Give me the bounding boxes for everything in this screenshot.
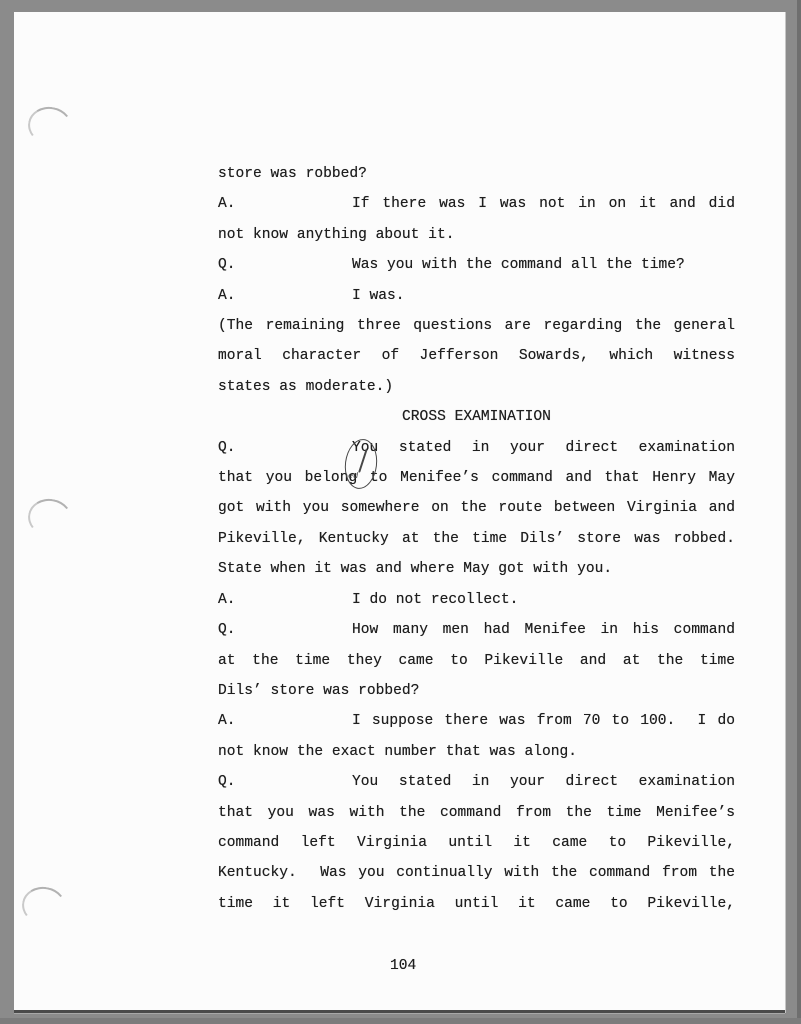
transcript-line: that you was with the command from the t… [218,798,735,828]
line-text: time it left Virginia until it came to P… [218,889,735,919]
transcript-line: states as moderate.) [218,372,735,402]
line-text: at the time they came to Pikeville and a… [218,646,735,676]
text-column: store was robbed?A.If there was I was no… [218,159,735,919]
line-text: moral character of Jefferson Sowards, wh… [218,341,735,371]
transcript-line: Q.Was you with the command all the time? [218,250,735,280]
transcript-line: time it left Virginia until it came to P… [218,889,735,919]
document-page: store was robbed?A.If there was I was no… [14,12,785,1013]
hole-punch-mark-icon [25,103,75,148]
transcript-line: Dils’ store was robbed? [218,676,735,706]
transcript-line: that you belong to Menifee’s command and… [218,463,735,493]
scan-edge-shadow [0,1018,801,1024]
speaker-prefix: Q. [218,767,352,797]
transcript-line: (The remaining three questions are regar… [218,311,735,341]
scanned-document-screenshot: store was robbed?A.If there was I was no… [0,0,801,1024]
speaker-prefix: A. [218,706,352,736]
speaker-prefix: Q. [218,433,352,463]
transcript-line: Q.You stated in your direct examination [218,767,735,797]
transcript-line: Kentucky. Was you continually with the c… [218,858,735,888]
circled-insertion-annotation: ed [345,439,377,489]
line-text: not know the exact number that was along… [218,737,577,767]
speaker-prefix: Q. [218,615,352,645]
transcript-line: got with you somewhere on the route betw… [218,493,735,523]
hole-punch-mark-icon [19,883,69,928]
transcript-line: A.I was. [218,281,735,311]
transcript-line: State when it was and where May got with… [218,554,735,584]
line-text: (The remaining three questions are regar… [218,311,735,341]
line-text: that you belong to Menifee’s command and… [218,463,735,493]
speaker-prefix: Q. [218,250,352,280]
annotation-inserted-text: ed [348,472,358,480]
line-text: State when it was and where May got with… [218,554,612,584]
line-text: How many men had Menifee in his command [352,615,735,645]
line-text: If there was I was not in on it and did [352,189,735,219]
transcript-line: command left Virginia until it came to P… [218,828,735,858]
line-text: states as moderate.) [218,372,393,402]
line-text: I suppose there was from 70 to 100. I do [352,706,735,736]
transcript-line: moral character of Jefferson Sowards, wh… [218,341,735,371]
speaker-prefix: A. [218,281,352,311]
page-number: 104 [390,956,416,976]
transcript-line: A.If there was I was not in on it and di… [218,189,735,219]
line-text: I do not recollect. [352,585,518,615]
transcript-line: A.I do not recollect. [218,585,735,615]
line-text: You stated in your direct examination [352,433,735,463]
line-text: got with you somewhere on the route betw… [218,493,735,523]
speaker-prefix: A. [218,585,352,615]
transcript-line: store was robbed? [218,159,735,189]
line-text: store was robbed? [218,159,367,189]
line-text: I was. [352,281,405,311]
transcript-line: not know anything about it. [218,220,735,250]
transcript-line: Q.How many men had Menifee in his comman… [218,615,735,645]
line-text: Pikeville, Kentucky at the time Dils’ st… [218,524,735,554]
transcript-line: CROSS EXAMINATION [218,402,735,432]
line-text: Kentucky. Was you continually with the c… [218,858,735,888]
line-text: that you was with the command from the t… [218,798,735,828]
transcript-line: not know the exact number that was along… [218,737,735,767]
line-text: Was you with the command all the time? [352,250,685,280]
scan-edge-shadow [797,0,801,1024]
line-text: You stated in your direct examination [352,767,735,797]
hole-punch-mark-icon [25,495,75,540]
line-text: Dils’ store was robbed? [218,676,419,706]
transcript-line: A.I suppose there was from 70 to 100. I … [218,706,735,736]
line-text: command left Virginia until it came to P… [218,828,735,858]
line-text: CROSS EXAMINATION [402,402,551,432]
speaker-prefix: A. [218,189,352,219]
transcript-line: Pikeville, Kentucky at the time Dils’ st… [218,524,735,554]
transcript-line: Q.You stated in your direct examination [218,433,735,463]
transcript-line: at the time they came to Pikeville and a… [218,646,735,676]
line-text: not know anything about it. [218,220,454,250]
